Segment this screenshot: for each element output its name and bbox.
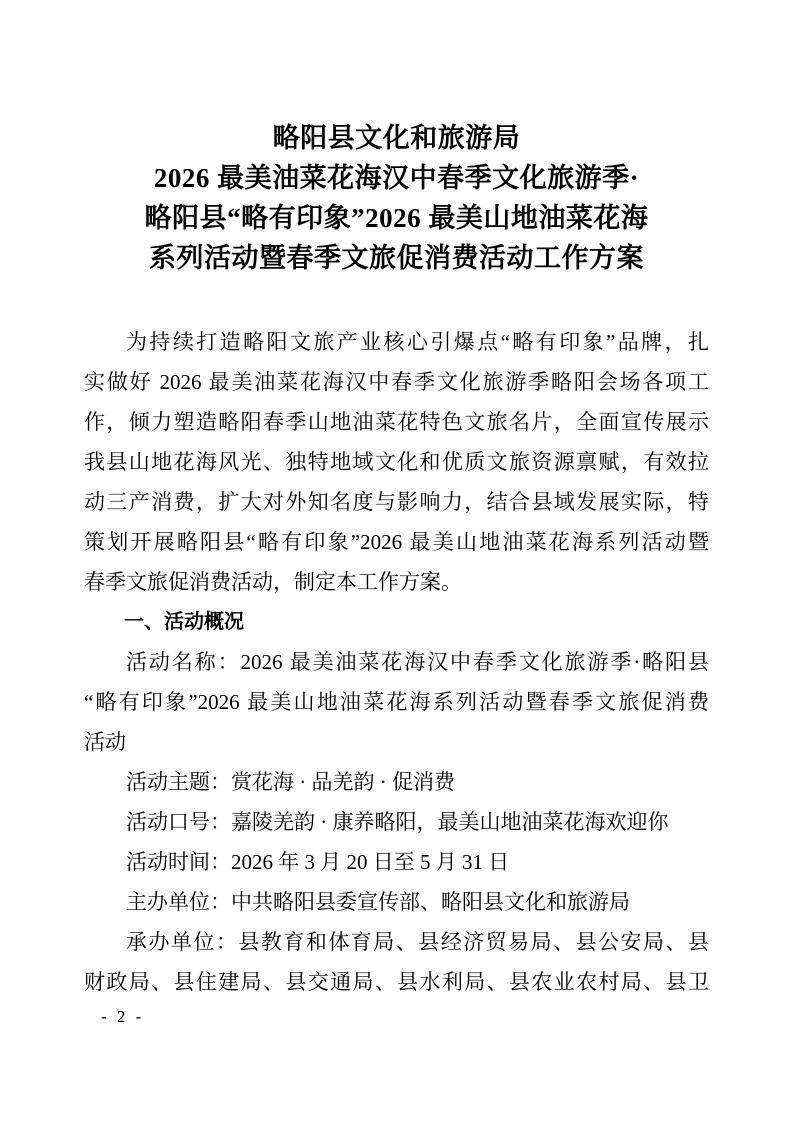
text-line: 系列活动暨春季文旅促消费活动工作方案 <box>84 238 709 278</box>
text-line: 我县山地花海风光、独特地域文化和优质文旅资源禀赋，有效拉 <box>84 442 709 482</box>
intro-paragraph: 为持续打造略阳文旅产业核心引爆点“略有印象”品牌，扎实做好 2026 最美油菜花… <box>84 322 709 602</box>
page-number: - 2 - <box>101 1004 144 1030</box>
text-line: 承办单位：县教育和体育局、县经济贸易局、县公安局、县 <box>84 922 709 962</box>
organizer-paragraph: 承办单位：县教育和体育局、县经济贸易局、县公安局、县财政局、县住建局、县交通局、… <box>84 922 709 1002</box>
activity-time-line: 活动时间：2026 年 3 月 20 日至 5 月 31 日 <box>84 842 709 882</box>
activity-theme-line: 活动主题：赏花海 · 品羌韵 · 促消费 <box>84 762 709 802</box>
text-line: 略阳县“略有印象”2026 最美山地油菜花海 <box>84 198 709 238</box>
document-title: 略阳县文化和旅游局2026 最美油菜花海汉中春季文化旅游季·略阳县“略有印象”2… <box>84 118 709 278</box>
document-body: 为持续打造略阳文旅产业核心引爆点“略有印象”品牌，扎实做好 2026 最美油菜花… <box>84 322 709 1002</box>
text-line: 2026 最美油菜花海汉中春季文化旅游季· <box>84 158 709 198</box>
section-heading-activity-overview: 一、活动概况 <box>84 602 709 642</box>
activity-slogan-line: 活动口号：嘉陵羌韵 · 康养略阳，最美山地油菜花海欢迎你 <box>84 802 709 842</box>
text-line: “略有印象”2026 最美山地油菜花海系列活动暨春季文旅促消费 <box>84 682 709 722</box>
host-unit-line: 主办单位：中共略阳县委宣传部、略阳县文化和旅游局 <box>84 882 709 922</box>
document-page: 略阳县文化和旅游局2026 最美油菜花海汉中春季文化旅游季·略阳县“略有印象”2… <box>0 0 793 1122</box>
text-line: 策划开展略阳县“略有印象”2026 最美山地油菜花海系列活动暨 <box>84 522 709 562</box>
document-content: 略阳县文化和旅游局2026 最美油菜花海汉中春季文化旅游季·略阳县“略有印象”2… <box>84 118 709 1002</box>
text-line: 略阳县文化和旅游局 <box>84 118 709 158</box>
text-line: 动三产消费，扩大对外知名度与影响力，结合县域发展实际，特 <box>84 482 709 522</box>
text-line: 作，倾力塑造略阳春季山地油菜花特色文旅名片，全面宣传展示 <box>84 402 709 442</box>
text-line: 实做好 2026 最美油菜花海汉中春季文化旅游季略阳会场各项工 <box>84 362 709 402</box>
text-line: 为持续打造略阳文旅产业核心引爆点“略有印象”品牌，扎 <box>84 322 709 362</box>
text-line: 活动 <box>84 722 709 762</box>
text-line: 财政局、县住建局、县交通局、县水利局、县农业农村局、县卫 <box>84 962 709 1002</box>
activity-name-paragraph: 活动名称：2026 最美油菜花海汉中春季文化旅游季·略阳县“略有印象”2026 … <box>84 642 709 762</box>
text-line: 活动名称：2026 最美油菜花海汉中春季文化旅游季·略阳县 <box>84 642 709 682</box>
text-line: 春季文旅促消费活动，制定本工作方案。 <box>84 562 709 602</box>
